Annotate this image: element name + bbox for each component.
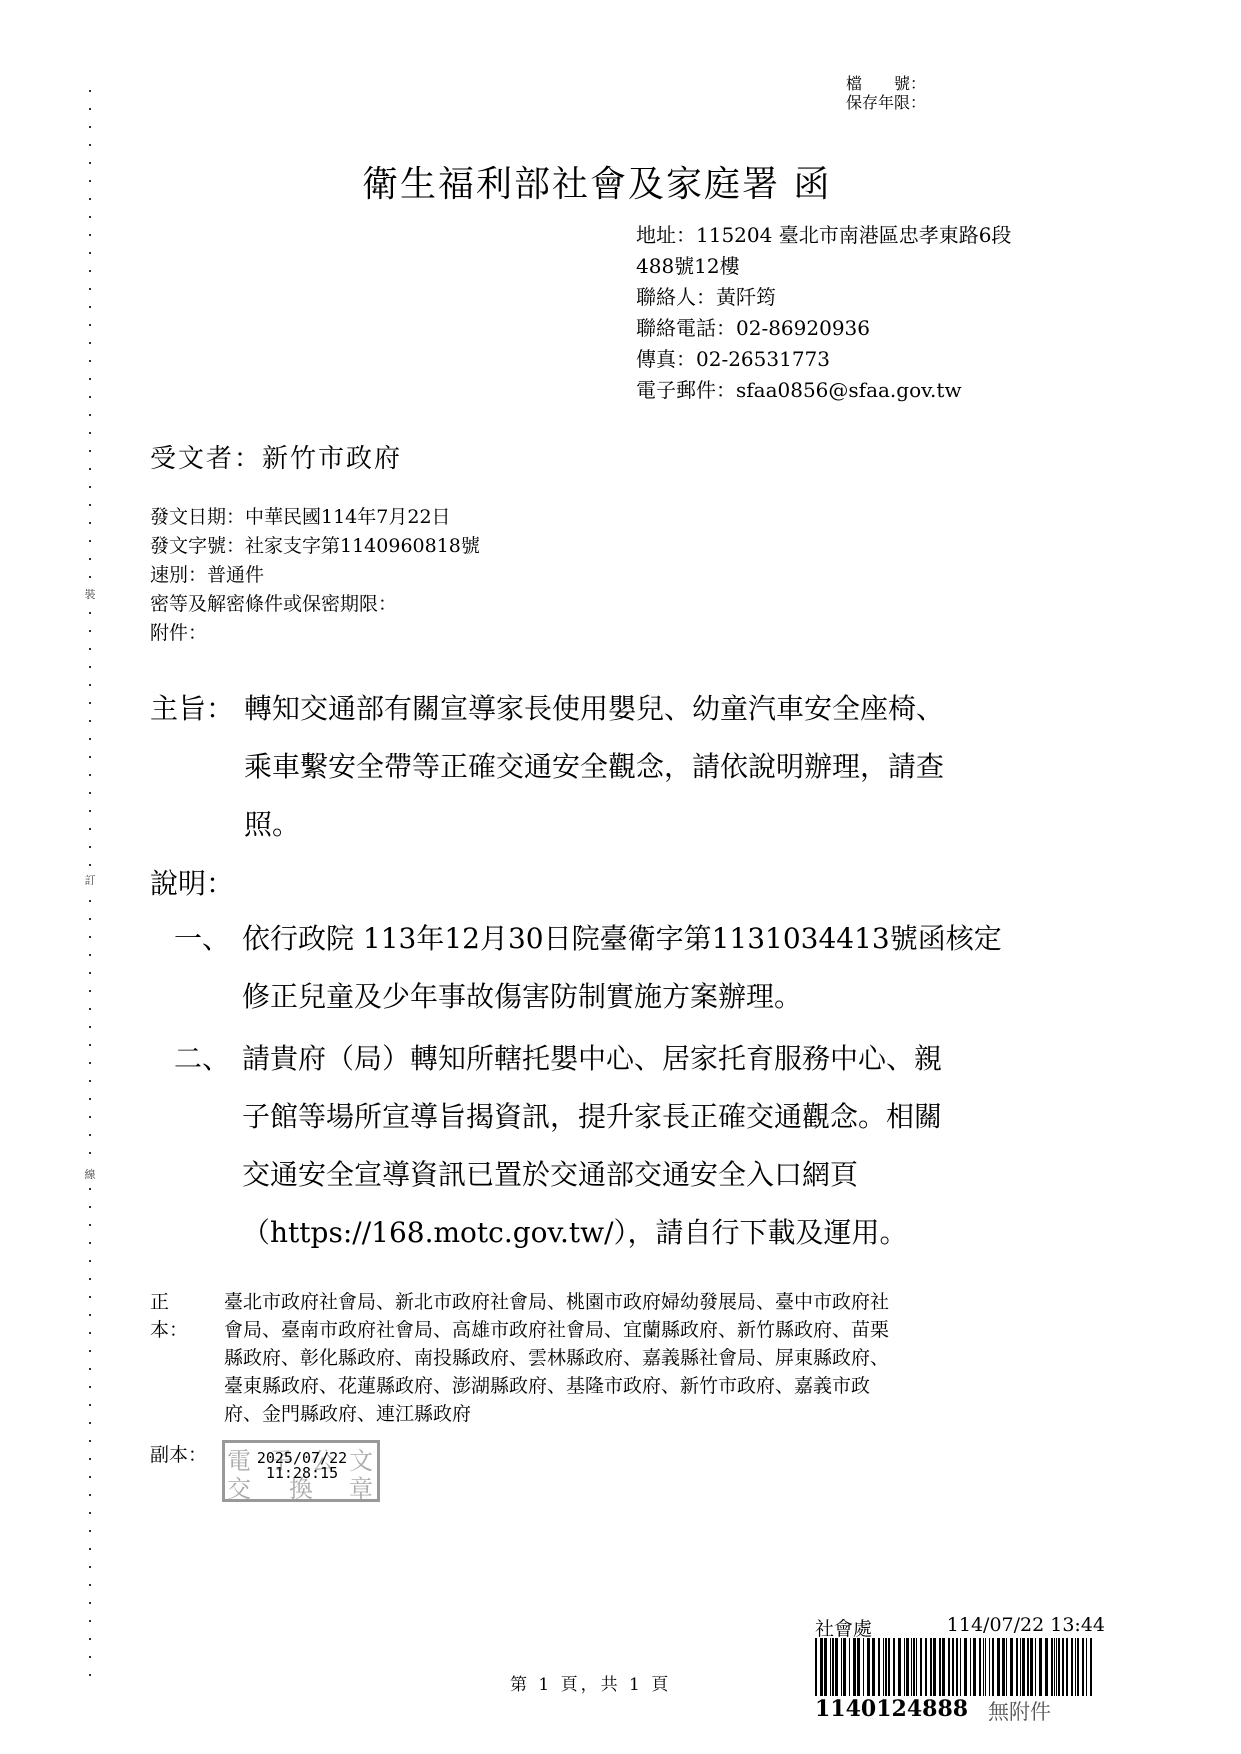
subject-line: 照。	[244, 796, 1094, 854]
stamp-datetime: 2025/07/22 11:28:15	[247, 1451, 357, 1481]
item-number: 一、	[174, 910, 230, 968]
barcode-number: 1140124888	[815, 1696, 968, 1722]
contact-phone: 聯絡電話：02-86920936	[636, 313, 1011, 344]
email: 電子郵件：sfaa0856@sfaa.gov.tw	[636, 375, 1011, 406]
stamp-time: 11:28:15	[247, 1466, 357, 1481]
copy-recipients-label: 副本：	[150, 1440, 207, 1467]
electronic-exchange-stamp: 電 子 公 文 交 換 章 2025/07/22 11:28:15	[222, 1440, 380, 1502]
issue-date: 發文日期：中華民國114年7月22日	[150, 503, 480, 532]
subject-label: 主旨：	[150, 680, 234, 738]
speed: 速別：普通件	[150, 561, 480, 590]
item-body: 請貴府（局）轉知所轄托嬰中心、居家托育服務中心、親 子館等場所宣導旨揭資訊，提升…	[242, 1030, 942, 1262]
item-number: 二、	[174, 1030, 230, 1088]
item-line: 請貴府（局）轉知所轄托嬰中心、居家托育服務中心、親	[242, 1030, 942, 1088]
retention-label: 保存年限：	[846, 93, 926, 112]
recipients-line: 會局、臺南市政府社會局、高雄市政府社會局、宜蘭縣政府、新竹縣政府、苗栗	[224, 1316, 1224, 1344]
original-recipients-label: 正本：	[150, 1288, 188, 1344]
document-meta: 發文日期：中華民國114年7月22日 發文字號：社家支字第1140960818號…	[150, 503, 480, 648]
recipients-line: 府、金門縣政府、連江縣政府	[224, 1400, 1224, 1428]
recipients-line: 臺東縣政府、花蓮縣政府、澎湖縣政府、基隆市政府、新竹市政府、嘉義市政	[224, 1372, 1224, 1400]
item-body: 依行政院 113年12月30日院臺衛字第1131034413號函核定 修正兒童及…	[242, 910, 1002, 1026]
original-recipients-list: 臺北市政府社會局、新北市政府社會局、桃園市政府婦幼發展局、臺中市政府社 會局、臺…	[224, 1288, 1224, 1428]
contact-person: 聯絡人：黃阡筠	[636, 282, 1011, 313]
explanation-label: 說明：	[150, 862, 234, 902]
binding-mark-xian: 線	[82, 1166, 98, 1182]
recipients-line: 縣政府、彰化縣政府、南投縣政府、雲林縣政府、嘉義縣社會局、屏東縣政府、	[224, 1344, 1224, 1372]
binding-line	[88, 90, 92, 1690]
subject-line: 轉知交通部有關宣導家長使用嬰兒、幼童汽車安全座椅、	[244, 680, 1094, 738]
document-title: 衛生福利部社會及家庭署 函	[362, 156, 831, 207]
file-number-label: 檔 號：	[846, 74, 926, 93]
item-line: （https://168.motc.gov.tw/），請自行下載及運用。	[242, 1204, 942, 1262]
subject-body: 轉知交通部有關宣導家長使用嬰兒、幼童汽車安全座椅、 乘車繫安全帶等正確交通安全觀…	[244, 680, 1094, 854]
binding-mark-ding: 訂	[82, 872, 98, 888]
secrecy: 密等及解密條件或保密期限：	[150, 590, 480, 619]
subject-line: 乘車繫安全帶等正確交通安全觀念，請依說明辦理，請查	[244, 738, 1094, 796]
fax: 傳真：02-26531773	[636, 344, 1011, 375]
recipient: 受文者：新竹市政府	[150, 438, 402, 475]
recipients-line: 臺北市政府社會局、新北市政府社會局、桃園市政府婦幼發展局、臺中市政府社	[224, 1288, 1224, 1316]
sender-info: 地址：115204 臺北市南港區忠孝東路6段 488號12樓 聯絡人：黃阡筠 聯…	[636, 220, 1011, 406]
address-line-2: 488號12樓	[636, 251, 1011, 282]
item-line: 依行政院 113年12月30日院臺衛字第1131034413號函核定	[242, 910, 1002, 968]
item-line: 子館等場所宣導旨揭資訊，提升家長正確交通觀念。相關	[242, 1088, 942, 1146]
attachment: 附件：	[150, 619, 480, 648]
item-line: 交通安全宣導資訊已置於交通部交通安全入口網頁	[242, 1146, 942, 1204]
address-line-1: 地址：115204 臺北市南港區忠孝東路6段	[636, 220, 1011, 251]
page-indicator: 第 1 頁，共 1 頁	[510, 1670, 671, 1695]
barcode-attachment-note: 無附件	[988, 1696, 1051, 1726]
binding-mark-zhuang: 裝	[82, 586, 98, 602]
barcode-timestamp: 114/07/22 13:44	[947, 1614, 1105, 1636]
barcode-unit: 社會處	[815, 1614, 872, 1641]
doc-number: 發文字號：社家支字第1140960818號	[150, 532, 480, 561]
item-line: 修正兒童及少年事故傷害防制實施方案辦理。	[242, 968, 1002, 1026]
file-info: 檔 號： 保存年限：	[846, 74, 926, 112]
barcode	[815, 1638, 1095, 1696]
